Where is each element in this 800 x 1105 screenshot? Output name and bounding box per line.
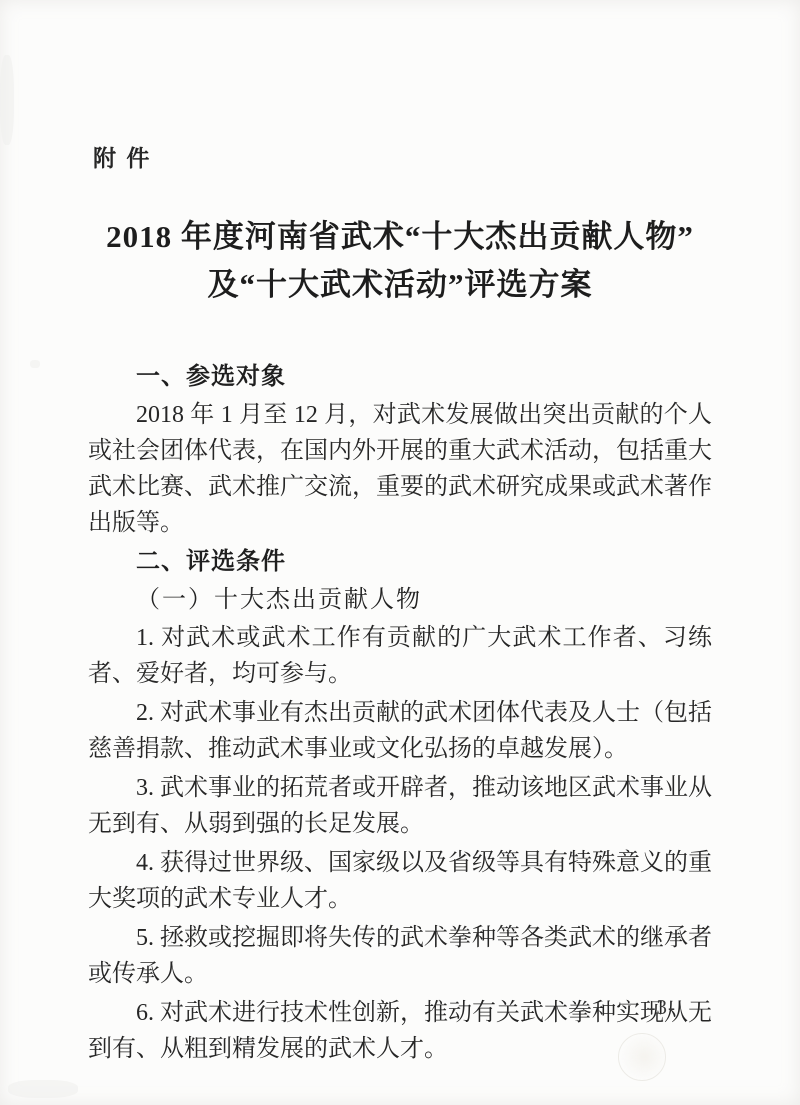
section-2-heading: 二、评选条件	[88, 544, 712, 580]
section-1-paragraph: 2018 年 1 月至 12 月，对武术发展做出突出贡献的个人或社会团体代表，在…	[88, 397, 712, 541]
page-number: -3-	[649, 995, 677, 1020]
list-item-3: 3. 武术事业的拓荒者或开辟者，推动该地区武术事业从无到有、从弱到强的长足发展。	[88, 770, 712, 842]
scan-artifact	[8, 1080, 78, 1098]
scanned-document-page: 附 件 2018 年度河南省武术“十大杰出贡献人物” 及“十大武术活动”评选方案…	[0, 0, 800, 1105]
attachment-label: 附 件	[93, 140, 712, 173]
list-item-4: 4. 获得过世界级、国家级以及省级等具有特殊意义的重大奖项的武术专业人才。	[88, 845, 712, 917]
section-1-heading: 一、参选对象	[88, 359, 712, 395]
list-item-5: 5. 拯救或挖掘即将失传的武术拳种等各类武术的继承者或传承人。	[88, 920, 712, 992]
scan-artifact	[30, 360, 40, 368]
scan-artifact	[0, 55, 14, 145]
document-title: 2018 年度河南省武术“十大杰出贡献人物” 及“十大武术活动”评选方案	[88, 213, 712, 309]
document-title-line-1: 2018 年度河南省武术“十大杰出贡献人物”	[88, 213, 712, 261]
document-title-line-2: 及“十大武术活动”评选方案	[88, 261, 712, 309]
document-body: 一、参选对象 2018 年 1 月至 12 月，对武术发展做出突出贡献的个人或社…	[88, 359, 712, 1067]
list-item-2: 2. 对武术事业有杰出贡献的武术团体代表及人士（包括慈善捐款、推动武术事业或文化…	[88, 695, 712, 767]
list-item-1: 1. 对武术或武术工作有贡献的广大武术工作者、习练者、爱好者，均可参与。	[88, 620, 712, 692]
stamp-watermark	[618, 1033, 666, 1081]
subsection-1-heading: （一）十大杰出贡献人物	[88, 582, 712, 618]
